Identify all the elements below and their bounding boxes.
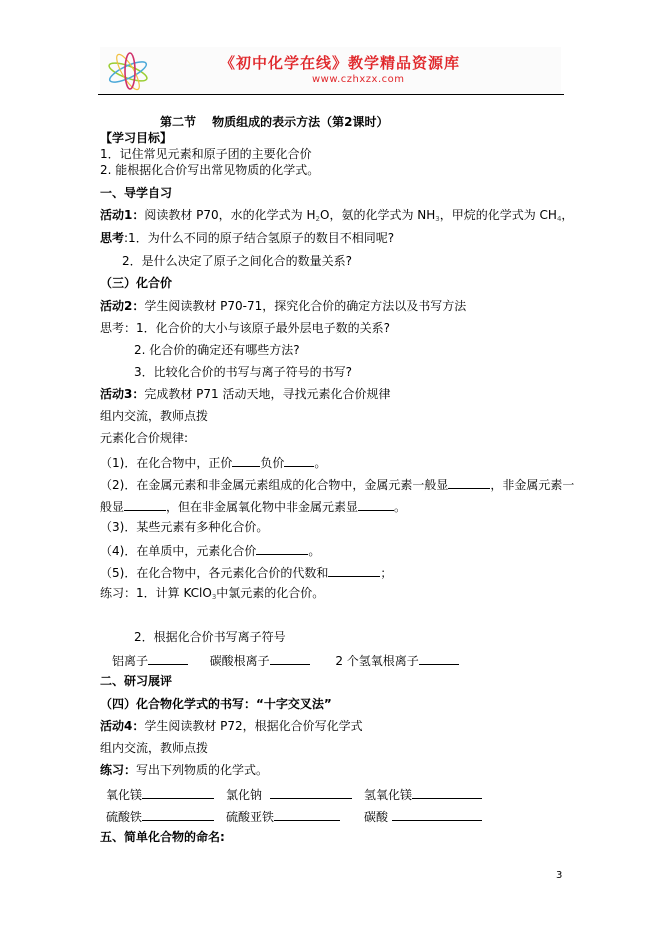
- rule-text: 般显: [100, 500, 124, 514]
- activity2-label: 活动2：: [100, 299, 144, 313]
- answer-blank[interactable]: [274, 808, 340, 821]
- answer-blank[interactable]: [392, 808, 482, 821]
- answer-blank[interactable]: [419, 652, 459, 665]
- answer-blank[interactable]: [284, 454, 314, 467]
- exercise-text: 中氯元素的化合价。: [216, 586, 324, 600]
- rules-heading: 元素化合价规律:: [100, 431, 188, 445]
- rule-5: （5)．在化合物中，各元素化合价的代数和；: [100, 564, 392, 580]
- activity1-text: ，甲烷的化学式为 CH: [440, 208, 557, 222]
- answer-blank[interactable]: [328, 564, 380, 577]
- banner-title: 《初中化学在线》教学精品资源库: [220, 52, 520, 73]
- answer-blank[interactable]: [412, 786, 482, 799]
- activity3-label: 活动3：: [100, 387, 144, 401]
- activity1-text: ，: [561, 208, 573, 222]
- activity1-text: 阅读教材 P70，水的化学式为 H: [144, 208, 315, 222]
- compound-label: 氢氧化镁: [364, 788, 412, 802]
- rule-text: ，但在非金属氧化物中非金属元素显: [166, 500, 358, 514]
- rule-2-cont: 般显，但在非金属氧化物中非金属元素显。: [100, 498, 406, 514]
- section2-heading: 二、研习展评: [100, 674, 172, 688]
- rule-4: （4)．在单质中，元素化合价。: [100, 542, 320, 558]
- ion-label: 铝离子: [112, 654, 148, 668]
- ion-label: 2 个氢氧根离子: [335, 654, 418, 668]
- rule-text: ，非金属元素一: [490, 478, 574, 492]
- rule-text: ；: [380, 566, 392, 580]
- activity4-label: 活动4：: [100, 719, 144, 733]
- rule-2: （2)．在金属元素和非金属元素组成的化合物中，金属元素一般显，非金属元素一: [100, 476, 574, 492]
- answer-blank[interactable]: [142, 808, 214, 821]
- rule-text: 。: [314, 456, 326, 470]
- answer-blank[interactable]: [448, 476, 490, 489]
- answer-blank[interactable]: [358, 498, 394, 511]
- rule-text: （5)．在化合物中，各元素化合价的代数和: [100, 566, 328, 580]
- banner-url: www.czhxzx.com: [312, 74, 405, 85]
- practice: 练习：写出下列物质的化学式。: [100, 763, 268, 777]
- objectives-heading: 【学习目标】: [100, 131, 172, 145]
- exercise-1: 练习：1．计算 KClO3中氯元素的化合价。: [100, 586, 324, 600]
- activity3-text: 完成教材 P71 活动天地，寻找元素化合价规律: [144, 387, 390, 401]
- think-2: 2．是什么决定了原子之间化合的数量关系?: [122, 254, 352, 268]
- section1-heading: 一、导学自习: [100, 186, 172, 200]
- compound-label: 氯化钠: [226, 788, 262, 802]
- compound-label: 碳酸: [364, 810, 388, 824]
- atom-orbit-logo-icon: [104, 50, 156, 92]
- answer-blank[interactable]: [270, 652, 310, 665]
- rule-text: 负价: [260, 456, 284, 470]
- activity4-text: 学生阅读教材 P72，根据化合价写化学式: [144, 719, 362, 733]
- answer-blank[interactable]: [256, 542, 308, 555]
- compound-label: 氧化镁: [106, 788, 142, 802]
- document-page: 《初中化学在线》教学精品资源库 www.czhxzx.com 第二节 物质组成的…: [0, 0, 661, 935]
- exercise-2: 2．根据化合价书写离子符号: [134, 630, 286, 644]
- think-label: 思考: [100, 231, 124, 245]
- objective-2: 2. 能根据化合价写出常见物质的化学式。: [100, 163, 319, 177]
- compound-label: 硫酸亚铁: [226, 810, 274, 824]
- ion-blanks-row: 铝离子 碳酸根离子 2 个氢氧根离子: [112, 652, 459, 668]
- section5-heading: 五、简单化合物的命名:: [100, 830, 225, 844]
- activity1-text: O，氨的化学式为 NH: [320, 208, 435, 222]
- compounds-row-1: 氧化镁氯化钠氢氧化镁: [106, 786, 482, 802]
- activity1: 活动1：阅读教材 P70，水的化学式为 H2O，氨的化学式为 NH3，甲烷的化学…: [100, 208, 573, 222]
- practice-label: 练习：: [100, 763, 136, 777]
- answer-blank[interactable]: [124, 498, 166, 511]
- rule-3: （3)．某些元素有多种化合价。: [100, 520, 268, 534]
- compound-label: 硫酸铁: [106, 810, 142, 824]
- rule-text: （4)．在单质中，元素化合价: [100, 544, 256, 558]
- activity1-label: 活动1：: [100, 208, 144, 222]
- rule-text: 。: [308, 544, 320, 558]
- think-question: :1．为什么不同的原子结合氢原子的数目不相同呢?: [124, 231, 394, 245]
- answer-blank[interactable]: [142, 786, 214, 799]
- activity2: 活动2：学生阅读教材 P70-71，探究化合价的确定方法以及书写方法: [100, 299, 466, 313]
- think-q3: 3．比较化合价的书写与离子符号的书写?: [134, 365, 352, 379]
- answer-blank[interactable]: [232, 454, 260, 467]
- think-q2: 2. 化合价的确定还有哪些方法?: [134, 343, 300, 357]
- ion-label: 碳酸根离子: [210, 654, 270, 668]
- rule-text: 。: [394, 500, 406, 514]
- group-exchange-2: 组内交流，教师点拨: [100, 741, 208, 755]
- activity2-text: 学生阅读教材 P70-71，探究化合价的确定方法以及书写方法: [144, 299, 466, 313]
- compounds-row-2: 硫酸铁硫酸亚铁碳酸: [106, 808, 482, 824]
- section3-heading: （三）化合价: [100, 276, 172, 290]
- header-divider: [98, 94, 564, 95]
- think-q1: 思考：1．化合价的大小与该原子最外层电子数的关系?: [100, 321, 390, 335]
- section4-subheading: （四）化合物化学式的书写：“十字交叉法”: [100, 697, 332, 711]
- activity4: 活动4：学生阅读教材 P72，根据化合价写化学式: [100, 719, 363, 733]
- rule-text: （2)．在金属元素和非金属元素组成的化合物中，金属元素一般显: [100, 478, 448, 492]
- answer-blank[interactable]: [148, 652, 188, 665]
- think-1: 思考:1．为什么不同的原子结合氢原子的数目不相同呢?: [100, 231, 394, 245]
- rule-1: （1)．在化合物中，正价负价。: [100, 454, 326, 470]
- answer-blank[interactable]: [270, 786, 352, 799]
- page-number: 3: [556, 870, 562, 881]
- activity3: 活动3：完成教材 P71 活动天地，寻找元素化合价规律: [100, 387, 391, 401]
- rule-text: （1)．在化合物中，正价: [100, 456, 232, 470]
- exercise-text: 练习：1．计算 KClO: [100, 586, 212, 600]
- group-exchange: 组内交流，教师点拨: [100, 409, 208, 423]
- doc-title: 第二节 物质组成的表示方法（第2课时）: [160, 115, 389, 129]
- objective-1: 1．记住常见元素和原子团的主要化合价: [100, 147, 312, 161]
- practice-text: 写出下列物质的化学式。: [136, 763, 268, 777]
